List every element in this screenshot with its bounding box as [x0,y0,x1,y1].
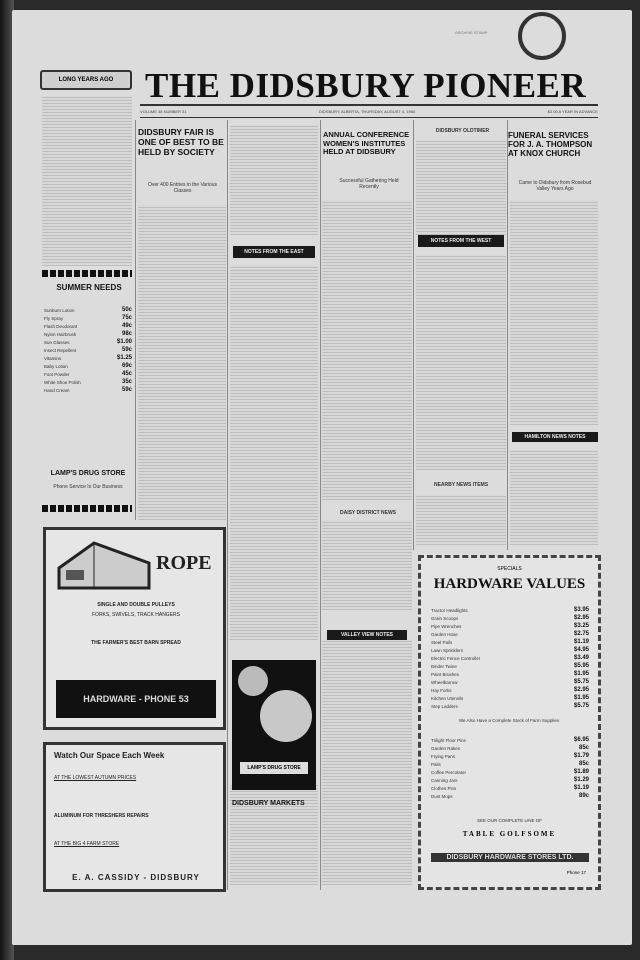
item-price: 50c [122,307,132,313]
price-row: Trilight Floor Pins$6.95 [431,736,589,744]
watch-line-3: AT THE BIG 4 FARM STORE [54,841,119,847]
price-row: Flash Deodorant49c [44,322,132,330]
drug-store-label: LAMP'S DRUG STORE [238,760,310,776]
subhead-conference: Successful Gathering Held Recently [330,178,408,190]
price-row: Wheelbarrow$5.75 [431,678,589,686]
rope-banner: HARDWARE - PHONE 53 [56,680,216,718]
hardware-note: We Also Have a Complete Stock of Farm Su… [429,718,589,723]
price-row: Frying Pans$1.79 [431,752,589,760]
item-name: Insect Repellent [44,348,76,353]
item-price: $5.75 [574,679,589,685]
item-price: $5.95 [574,663,589,669]
item-name: Wheelbarrow [431,680,458,685]
item-name: Foot Powder [44,372,70,377]
item-price: $1.95 [574,695,589,701]
price-row: Coffee Percolator$1.89 [431,768,589,776]
headline-oldtimer: DIDSBURY OLDTIMER [425,128,500,134]
price-row: Lawn Sprinklers$4.95 [431,646,589,654]
item-name: Grain Scoops [431,616,458,621]
column-4-text [416,140,506,235]
column-3c-text [322,640,412,885]
column-rule [507,120,508,550]
item-price: 89c [579,793,589,799]
item-price: 49c [122,323,132,329]
item-name: Binder Twine [431,664,457,669]
lamps-drug-store-name: LAMP'S DRUG STORE [44,470,132,478]
price-row: Dust Mops89c [431,792,589,800]
hardware-price-list-2: Trilight Floor Pins$6.95Garden Rakes85cF… [431,736,589,800]
pill-icon [238,666,268,696]
dateline-date: DIDSBURY, ALBERTA, THURSDAY, AUGUST 4, 1… [319,109,415,114]
price-row: Steel Pails$1.19 [431,638,589,646]
summer-needs-list: Sunburn Lotion50cFly Spray75cFlash Deodo… [44,306,132,394]
item-name: Sun Glasses [44,340,70,345]
item-price: $1.95 [574,671,589,677]
price-row: Step Ladders$5.75 [431,702,589,710]
rope-line-1: SINGLE AND DOUBLE PULLEYS [56,602,216,608]
price-row: Vitamins$1.25 [44,354,132,362]
price-row: Pipe Wrenches$3.25 [431,622,589,630]
column-4b-text [416,255,506,470]
price-row: Hay Forks$2.95 [431,686,589,694]
decorative-border [42,270,132,277]
column-5-text [510,200,598,425]
column-rule [413,120,414,550]
hardware-store-name: DIDSBURY HARDWARE STORES LTD. [431,853,589,862]
price-row: Sun Glasses$1.00 [44,338,132,346]
price-row: Binder Twine$5.95 [431,662,589,670]
column-2b-text [230,265,318,640]
item-name: Garden Hose [431,632,458,637]
rope-line-2: FORKS, SWIVELS, TRACK HANGERS [56,612,216,618]
item-name: Fly Spray [44,316,63,321]
watch-title: Watch Our Space Each Week [54,751,164,760]
masthead-title: THE DIDSBURY PIONEER [145,66,595,106]
price-row: Baby Lotion69c [44,362,132,370]
item-name: Pails [431,762,441,767]
price-row: Garden Hose$2.75 [431,630,589,638]
column-4c-text [416,495,506,545]
section-valley-notes: VALLEY VIEW NOTES [327,630,407,640]
item-price: $6.95 [574,737,589,743]
item-price: 85c [579,761,589,767]
section-daisy-news: DAISY DISTRICT NEWS [325,510,411,516]
item-name: Paint Brushes [431,672,459,677]
watch-footer: E. A. CASSIDY - DIDSBURY [56,873,216,882]
item-name: Coffee Percolator [431,770,466,775]
price-row: White Shoe Polish35c [44,378,132,386]
price-row: Sunburn Lotion50c [44,306,132,314]
section-hamilton: HAMILTON NEWS NOTES [512,432,598,442]
item-name: Tractor Headlights [431,608,468,613]
price-row: Foot Powder45c [44,370,132,378]
column-5b-text [510,450,598,545]
circle-graphic-icon [260,690,312,742]
price-row: Tractor Headlights$3.95 [431,606,589,614]
price-row: Nylon Hairbrush98c [44,330,132,338]
summer-needs-title: SUMMER NEEDS [44,283,134,292]
ear-box: LONG YEARS AGO [40,70,132,90]
drug-store-ad: LAMP'S DRUG STORE [232,660,316,790]
item-price: 59c [122,347,132,353]
hardware-feature: TABLE GOLFSOME [421,830,598,838]
item-price: $1.19 [574,639,589,645]
item-price: 85c [579,745,589,751]
column-rule [135,120,136,520]
item-name: Trilight Floor Pins [431,738,466,743]
item-name: Hand Cream [44,388,70,393]
price-row: Paint Brushes$1.95 [431,670,589,678]
column-rule [320,120,321,890]
price-row: Garden Rakes85c [431,744,589,752]
headline-funeral: FUNERAL SERVICES FOR J. A. THOMPSON AT K… [508,131,600,159]
rope-advertisement: ROPE SINGLE AND DOUBLE PULLEYS FORKS, SW… [43,527,226,730]
item-price: $3.25 [574,623,589,629]
archive-stamp-icon [518,12,566,60]
item-price: 35c [122,379,132,385]
hardware-phone: Phone 17 [567,870,586,875]
dateline-volume: VOLUME 48 NUMBER 31 [140,109,186,114]
item-price: 75c [122,315,132,321]
item-price: $1.25 [117,355,132,361]
price-row: Hand Cream59c [44,386,132,394]
section-markets: DIDSBURY MARKETS [232,800,316,808]
item-price: $1.00 [117,339,132,345]
item-name: Step Ladders [431,704,458,709]
item-price: $4.95 [574,647,589,653]
dateline: VOLUME 48 NUMBER 31 DIDSBURY, ALBERTA, T… [140,109,598,114]
watch-line-1: AT THE LOWEST AUTUMN PRICES [54,775,136,781]
stamp-label: ARCHIVE STAMP [455,30,487,35]
item-price: 59c [122,387,132,393]
item-price: $1.89 [574,769,589,775]
item-name: Sunburn Lotion [44,308,75,313]
column-3-text [322,200,412,500]
masthead-rule [140,104,598,106]
item-price: $3.49 [574,655,589,661]
section-notes-west: NOTES FROM THE WEST [418,235,504,247]
hardware-kicker: SPECIALS [421,566,598,572]
price-row: Kitchen Utensils$1.95 [431,694,589,702]
barn-icon [54,538,154,593]
item-price: 98c [122,331,132,337]
item-price: $2.95 [574,615,589,621]
item-name: Clothes Pins [431,786,456,791]
dateline-rule [140,117,598,118]
item-name: Steel Pails [431,640,452,645]
item-price: $1.29 [574,777,589,783]
price-row: Canning Jars$1.29 [431,776,589,784]
section-nearby-news: NEARBY NEWS ITEMS [418,482,504,488]
item-name: Kitchen Utensils [431,696,463,701]
lamps-tagline: Phone Service Is Our Business [44,484,132,490]
column-2-text [230,125,318,235]
item-name: Electric Fence Controller [431,656,480,661]
price-row: Electric Fence Controller$3.49 [431,654,589,662]
price-row: Fly Spray75c [44,314,132,322]
item-price: $1.79 [574,753,589,759]
item-name: Frying Pans [431,754,455,759]
item-name: Lawn Sprinklers [431,648,463,653]
section-notes-east: NOTES FROM THE EAST [233,246,315,258]
hardware-price-list: Tractor Headlights$3.95Grain Scoops$2.95… [431,606,589,710]
item-name: Hay Forks [431,688,452,693]
price-row: Grain Scoops$2.95 [431,614,589,622]
price-row: Pails85c [431,760,589,768]
rope-title: ROPE [156,552,212,575]
hardware-title: HARDWARE VALUES [421,576,598,593]
item-name: Flash Deodorant [44,324,77,329]
item-price: $2.75 [574,631,589,637]
item-price: $1.19 [574,785,589,791]
headline-fair: DIDSBURY FAIR IS ONE OF BEST TO BE HELD … [138,128,226,157]
headline-conference: ANNUAL CONFERENCE WOMEN'S INSTITUTES HEL… [323,131,413,157]
price-row: Insect Repellent59c [44,346,132,354]
item-price: $3.95 [574,607,589,613]
dateline-price: $3.00 A YEAR IN ADVANCE [548,109,598,114]
watch-space-advertisement: Watch Our Space Each Week AT THE LOWEST … [43,742,226,892]
column-rule [227,120,228,890]
item-price: $2.95 [574,687,589,693]
item-name: Dust Mops [431,794,453,799]
subhead-funeral: Came to Didsbury from Rosebud Valley Yea… [515,180,595,192]
item-name: Pipe Wrenches [431,624,461,629]
item-name: Baby Lotion [44,364,68,369]
rope-line-3: THE FARMER'S BEST BARN SPREAD [56,640,216,646]
column-3b-text [322,520,412,610]
item-price: 45c [122,371,132,377]
hardware-values-advertisement: SPECIALS HARDWARE VALUES Tractor Headlig… [418,555,601,890]
hardware-footer-note: SEE OUR COMPLETE LINE OF [421,818,598,823]
item-name: Vitamins [44,356,61,361]
subhead-fair: Over 400 Entries in the Various Classes [145,182,220,194]
decorative-border [42,505,132,512]
column-ears-text [42,96,132,266]
price-row: Clothes Pins$1.19 [431,784,589,792]
item-price: $5.75 [574,703,589,709]
item-price: 69c [122,363,132,369]
watch-line-2: ALUMINUM FOR THRESHERS REPAIRS [54,813,149,819]
item-name: Garden Rakes [431,746,460,751]
item-name: Nylon Hairbrush [44,332,76,337]
item-name: White Shoe Polish [44,380,81,385]
column-1-text [138,205,226,520]
item-name: Canning Jars [431,778,458,783]
